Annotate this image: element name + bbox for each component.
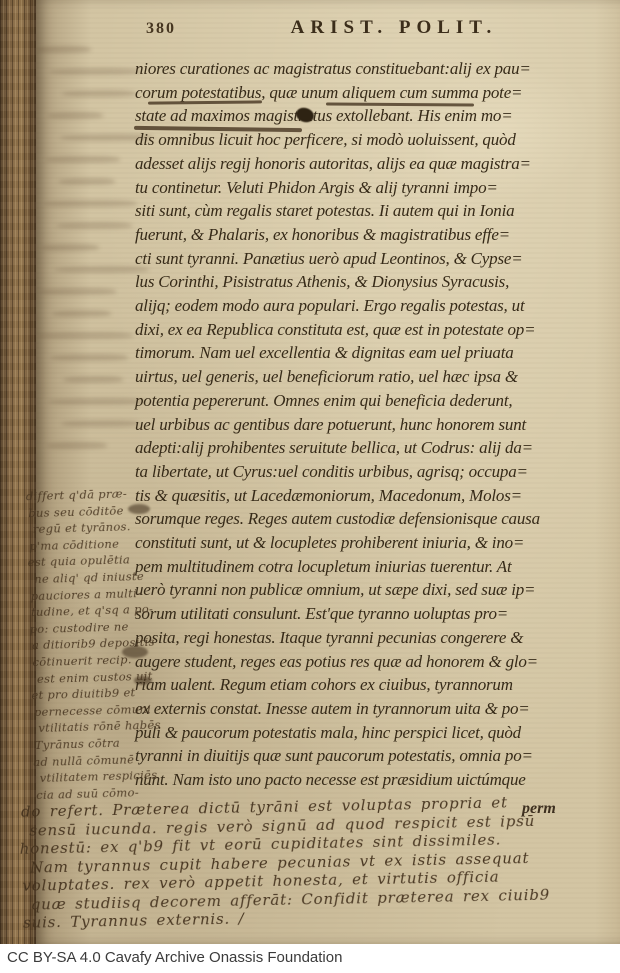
catchword: perm <box>522 800 556 818</box>
printed-text-block: niores curationes ac magistratus constit… <box>135 57 620 792</box>
running-title: ARIST. POLIT. <box>274 17 514 39</box>
printed-text-line: uel urbibus ac gentibus dare potuerunt, … <box>135 413 620 437</box>
printed-text-line: potentia pepererunt. Omnes enim qui bene… <box>135 389 620 413</box>
margin-annotations: differt q'dā præ-bus seu cōditōeregū et … <box>28 484 187 803</box>
page-number: 380 <box>146 20 176 38</box>
printed-text-line: adepti:alij prohibentes seruitute bellic… <box>135 436 620 460</box>
printed-text-line: sorumque reges. Reges autem custodiæ def… <box>135 507 620 531</box>
printed-text-line: riam ualent. Regum etiam cohors ex ciuib… <box>135 673 620 697</box>
bleedthrough-mark <box>61 420 140 427</box>
bleedthrough-mark <box>63 376 123 383</box>
license-caption: CC BY-SA 4.0 Cavafy Archive Onassis Foun… <box>0 944 620 972</box>
printed-text-line: uerò tyranni non publicæ omnium, ut sæpe… <box>135 578 620 602</box>
bleedthrough-mark <box>36 46 91 53</box>
bleedthrough-mark <box>37 332 133 339</box>
printed-text-line: siti sunt, cùm regalis staret potestas. … <box>135 199 620 223</box>
bleedthrough-mark <box>43 200 137 207</box>
printed-text-line: alijq; eodem modo aura populari. Ergo re… <box>135 294 620 318</box>
printed-text-line: ta libertate, ut Cyrus:uel conditis urbi… <box>135 460 620 484</box>
bleedthrough-mark <box>46 442 107 449</box>
printed-text-line: dixi, ex ea Republica constituta est, qu… <box>135 318 620 342</box>
scan-root: 380 ARIST. POLIT. niores curationes ac m… <box>0 0 620 973</box>
bleedthrough-mark <box>41 244 99 251</box>
book-photo: 380 ARIST. POLIT. niores curationes ac m… <box>0 0 620 944</box>
printed-text-line: adesset alijs regij honoris autoritas, a… <box>135 152 620 176</box>
printed-text-line: constituti sunt, ut & locupletes prohibe… <box>135 531 620 555</box>
printed-text-line: dis omnibus licuit hoc perficere, si mod… <box>135 128 620 152</box>
printed-text-line: timorum. Nam uel excellentia & dignitas … <box>135 341 620 365</box>
bleedthrough-mark <box>47 112 103 119</box>
printed-text-line: pem multitudinem cotra locupletum iniuri… <box>135 555 620 579</box>
bleedthrough-mark <box>48 398 145 405</box>
printed-text-line: tis & quæsitis, ut Lacedæmoniorum, Maced… <box>135 484 620 508</box>
printed-text-line: ex externis constat. Inesse autem in tyr… <box>135 697 620 721</box>
printed-text-line: uirtus, uel generis, uel beneficiorum ra… <box>135 365 620 389</box>
printed-text-line: fuerunt, & Phalaris, ex honoribus & magi… <box>135 223 620 247</box>
printed-text-line: sorum utilitati consulunt. Est'que tyran… <box>135 602 620 626</box>
printed-text-line: lus Corinthi, Pisistratus Athenis, & Dio… <box>135 270 620 294</box>
printed-text-line: tu continetur. Veluti Phidon Argis & ali… <box>135 176 620 200</box>
printed-text-line: state ad maximos magistratus extollebant… <box>135 104 620 128</box>
printed-text-line: augere student, reges eas potius res quæ… <box>135 650 620 674</box>
bleedthrough-mark <box>52 310 111 317</box>
printed-text-line: posita, regi honestas. Itaque tyranni pe… <box>135 626 620 650</box>
printed-text-line: nunt. Nam isto uno pacto necesse est præ… <box>135 768 620 792</box>
license-caption-bar: CC BY-SA 4.0 Cavafy Archive Onassis Foun… <box>0 944 620 973</box>
printed-text-line: niores curationes ac magistratus constit… <box>135 57 620 81</box>
bleedthrough-mark <box>62 90 136 97</box>
printed-text-line: puli & paucorum potestatis mala, hinc pe… <box>135 721 620 745</box>
bleedthrough-mark <box>39 288 116 295</box>
book-page: 380 ARIST. POLIT. niores curationes ac m… <box>36 0 620 944</box>
printed-text-line: tyranni in diuitijs quæ sunt paucorum po… <box>135 744 620 768</box>
bleedthrough-mark <box>58 178 115 185</box>
bleedthrough-mark <box>45 156 120 163</box>
printed-text-line: cti sunt tyranni. Panætius uerò apud Leo… <box>135 247 620 271</box>
bleedthrough-mark <box>49 68 141 75</box>
bleedthrough-mark <box>50 354 128 361</box>
bleedthrough-mark <box>56 222 132 229</box>
